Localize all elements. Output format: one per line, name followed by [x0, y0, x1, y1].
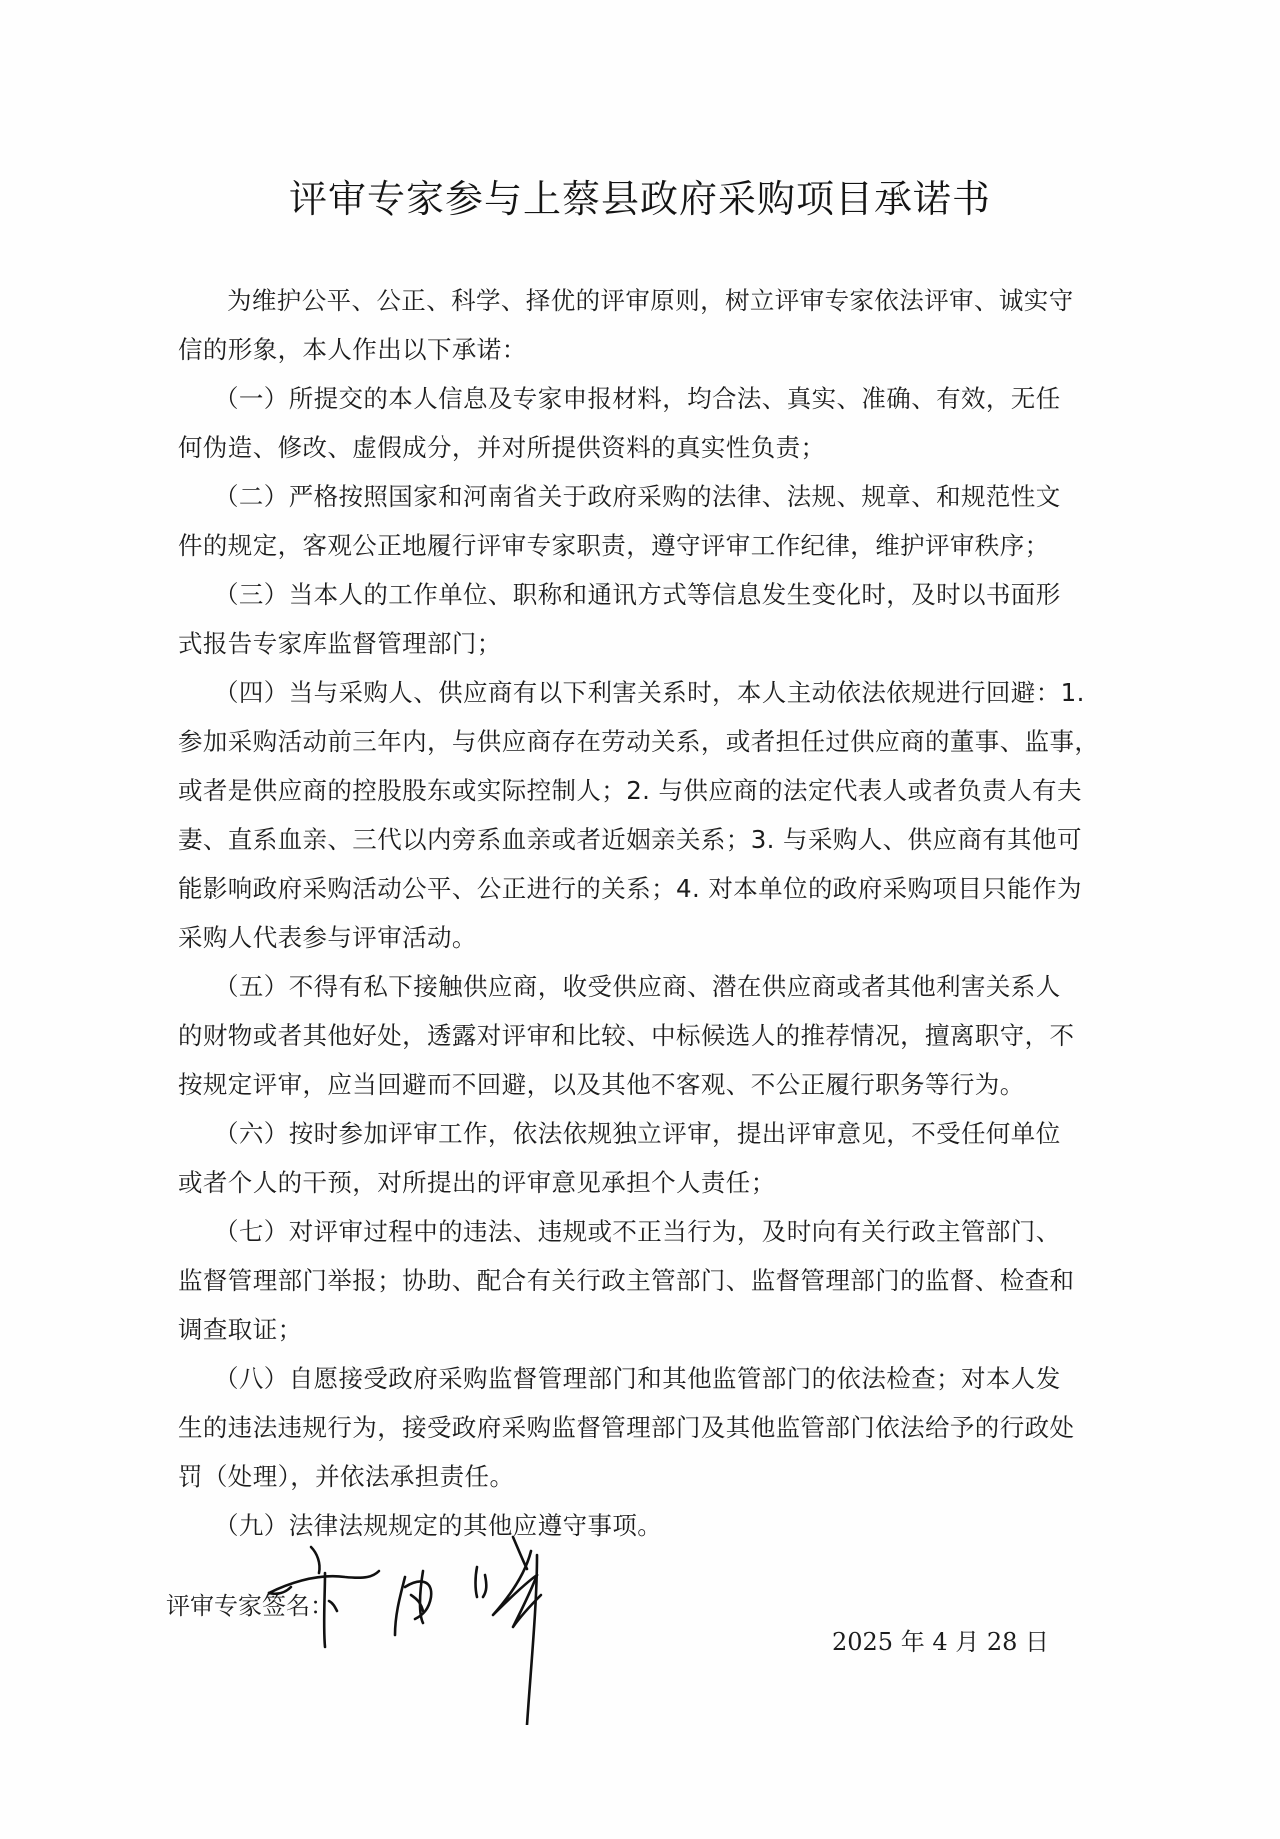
intro-line-1: 为维护公平、公正、科学、择优的评审原则，树立评审专家依法评审、诚实守	[227, 282, 1074, 317]
document-title: 评审专家参与上蔡县政府采购项目承诺书	[0, 168, 1280, 223]
clause-4-line-1: （四）当与采购人、供应商有以下利害关系时，本人主动依法依规进行回避：1.	[214, 674, 1085, 709]
clause-4-line-3: 或者是供应商的控股股东或实际控制人；2. 与供应商的法定代表人或者负责人有夫	[178, 772, 1082, 807]
clause-8-line-2: 生的违法违规行为，接受政府采购监督管理部门及其他监管部门依法给予的行政处	[178, 1409, 1074, 1444]
clause-4-line-6: 采购人代表参与评审活动。	[178, 919, 477, 954]
intro-line-2: 信的形象，本人作出以下承诺：	[178, 331, 527, 366]
clause-3-line-2: 式报告专家库监督管理部门；	[178, 625, 502, 660]
clause-4-line-5: 能影响政府采购活动公平、公正进行的关系；4. 对本单位的政府采购项目只能作为	[178, 870, 1082, 905]
clause-2-line-1: （二）严格按照国家和河南省关于政府采购的法律、法规、规章、和规范性文	[214, 478, 1061, 513]
clause-5-line-1: （五）不得有私下接触供应商，收受供应商、潜在供应商或者其他利害关系人	[214, 968, 1061, 1003]
document-date: 2025 年 4 月 28 日	[832, 1622, 1049, 1657]
document-page: 评审专家参与上蔡县政府采购项目承诺书 为维护公平、公正、科学、择优的评审原则，树…	[0, 0, 1280, 1839]
clause-7-line-3: 调查取证；	[178, 1311, 303, 1346]
clause-1-line-2: 何伪造、修改、虚假成分，并对所提供资料的真实性负责；	[178, 429, 825, 464]
clause-8-line-1: （八）自愿接受政府采购监督管理部门和其他监管部门的依法检查；对本人发	[214, 1360, 1061, 1395]
clause-2-line-2: 件的规定，客观公正地履行评审专家职责，遵守评审工作纪律，维护评审秩序；	[178, 527, 1050, 562]
clause-5-line-2: 的财物或者其他好处，透露对评审和比较、中标候选人的推荐情况，擅离职守，不	[178, 1017, 1074, 1052]
handwritten-signature-icon	[255, 1515, 595, 1725]
clause-7-line-1: （七）对评审过程中的违法、违规或不正当行为，及时向有关行政主管部门、	[214, 1213, 1061, 1248]
clause-8-line-3: 罚（处理），并依法承担责任。	[178, 1458, 514, 1493]
clause-5-line-3: 按规定评审，应当回避而不回避，以及其他不客观、不公正履行职务等行为。	[178, 1066, 1025, 1101]
clause-7-line-2: 监督管理部门举报；协助、配合有关行政主管部门、监督管理部门的监督、检查和	[178, 1262, 1074, 1297]
clause-4-line-4: 妻、直系血亲、三代以内旁系血亲或者近姻亲关系；3. 与采购人、供应商有其他可	[178, 821, 1082, 856]
clause-6-line-1: （六）按时参加评审工作，依法依规独立评审，提出评审意见，不受任何单位	[214, 1115, 1061, 1150]
clause-6-line-2: 或者个人的干预，对所提出的评审意见承担个人责任；	[178, 1164, 776, 1199]
clause-4-line-2: 参加采购活动前三年内，与供应商存在劳动关系，或者担任过供应商的董事、监事，	[178, 723, 1099, 758]
clause-1-line-1: （一）所提交的本人信息及专家申报材料，均合法、真实、准确、有效，无任	[214, 380, 1061, 415]
clause-3-line-1: （三）当本人的工作单位、职称和通讯方式等信息发生变化时，及时以书面形	[214, 576, 1061, 611]
